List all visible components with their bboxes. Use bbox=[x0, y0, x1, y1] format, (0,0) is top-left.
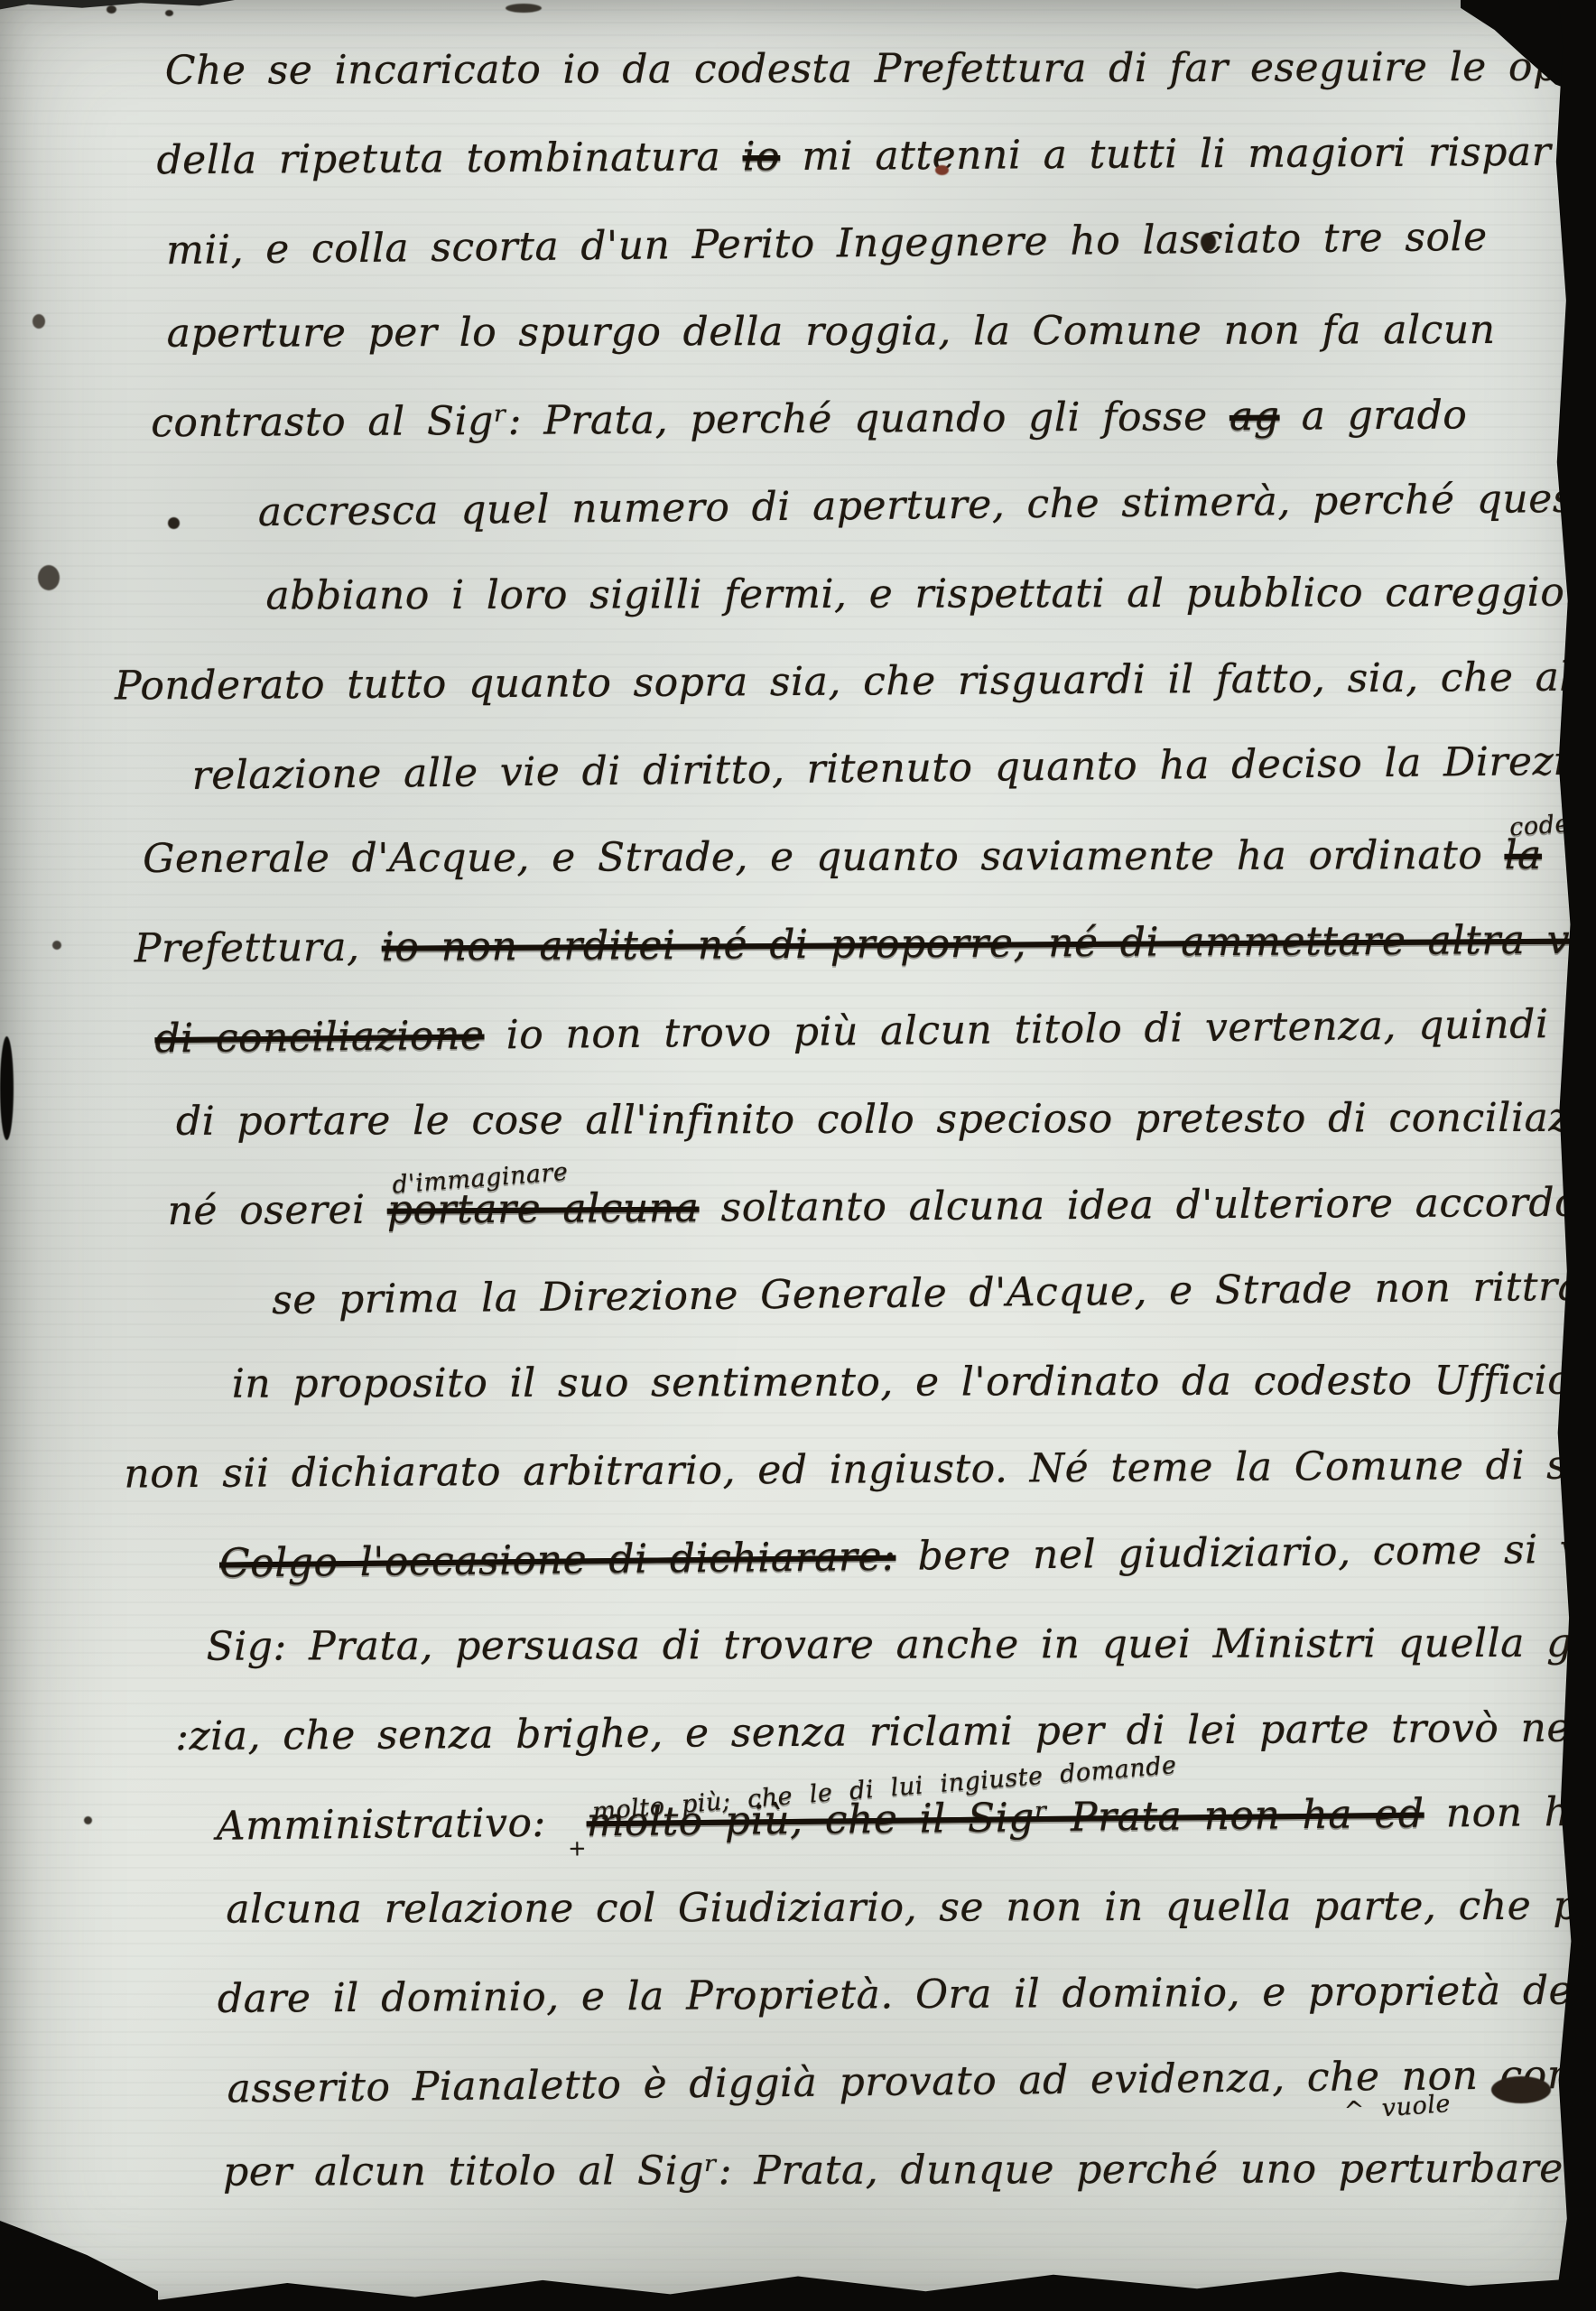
manuscript-line: asserito Pianaletto è diggià provato ad … bbox=[5, 2031, 1575, 2135]
handwritten-text: :zia, che senza brighe, e senza riclami … bbox=[175, 1704, 1596, 1759]
handwritten-text: Sig: Prata, persuasa di trovare anche in… bbox=[206, 1620, 1596, 1669]
ink-blot bbox=[506, 4, 542, 13]
manuscript-line: accresca quel numero di aperture, che st… bbox=[0, 455, 1565, 559]
manuscript-line: contrasto al Sigʳ: Prata, perché quando … bbox=[0, 371, 1565, 469]
handwritten-text: per alcun titolo al Sigʳ: Prata, dunque … bbox=[223, 2146, 1339, 2195]
manuscript-line: Generale d'Acque, e Strade, e quanto sav… bbox=[0, 812, 1567, 904]
handwritten-text: alcuna relazione col Giudiziario, se non… bbox=[226, 1882, 1596, 1933]
manuscript-text: Che se incaricato io da codesta Prefettu… bbox=[0, 21, 1575, 2220]
manuscript-line: Colgo l'occasione di dichiarare: bere ne… bbox=[3, 1506, 1573, 1610]
struck-text: ag bbox=[1229, 394, 1280, 440]
ink-blot bbox=[1491, 2076, 1551, 2103]
photo-edge-bottom bbox=[0, 2255, 1596, 2311]
handwritten-text: di portare le cose all'infinito collo sp… bbox=[176, 1094, 1596, 1144]
struck-text: portare alcunad'immaginare bbox=[387, 1165, 700, 1254]
handwritten-text: in proposito il suo sentimento, e l'ordi… bbox=[232, 1358, 1573, 1407]
manuscript-line: per alcun titolo al Sigʳ: Prata, dunque … bbox=[6, 2125, 1575, 2217]
manuscript-line: Prefettura, io non arditei né di proporr… bbox=[0, 896, 1568, 994]
manuscript-line: Che se incaricato io da codesta Prefettu… bbox=[0, 23, 1563, 116]
handwritten-text: della ripetuta tombinatura bbox=[156, 134, 742, 183]
manuscript-line: se prima la Direzione Generale d'Acque, … bbox=[1, 1243, 1571, 1347]
manuscript-page: Che se incaricato io da codesta Prefettu… bbox=[0, 0, 1596, 2311]
manuscript-line: abbiano i loro sigilli fermi, e rispetta… bbox=[0, 549, 1566, 641]
handwritten-text: Generale d'Acque, e Strade, e quanto sav… bbox=[143, 832, 1504, 882]
manuscript-line: :zia, che senza brighe, e senza riclami … bbox=[4, 1685, 1573, 1782]
ink-blot bbox=[52, 941, 61, 950]
handwritten-text: perturbare una bbox=[1339, 2145, 1596, 2192]
handwritten-text: né oserei bbox=[167, 1187, 387, 1234]
photo-edge-bottom-left bbox=[0, 2221, 158, 2311]
manuscript-line: Sig: Prata, persuasa di trovare anche in… bbox=[3, 1600, 1572, 1692]
handwritten-text: se prima la Direzione Generale d'Acque, … bbox=[272, 1263, 1596, 1323]
manuscript-photo: Che se incaricato io da codesta Prefettu… bbox=[0, 0, 1596, 2311]
ink-blot bbox=[0, 1036, 14, 1140]
manuscript-line: Ponderato tutto quanto sopra sia, che ri… bbox=[0, 634, 1566, 731]
handwritten-text: bere nel giudiziario, come si vanta il bbox=[895, 1525, 1596, 1580]
handwritten-text: non sii dichiarato arbitrario, ed ingius… bbox=[124, 1442, 1596, 1498]
manuscript-line: di conciliazione io non trovo più alcun … bbox=[0, 980, 1569, 1084]
handwritten-text: abbiano i loro sigilli fermi, e rispetta… bbox=[265, 570, 1577, 619]
manuscript-line: mii, e colla scorta d'un Perito Ingegner… bbox=[0, 192, 1564, 296]
handwritten-text: relazione alle vie di diritto, ritenuto … bbox=[191, 738, 1596, 799]
handwritten-text: aperture per lo spurgo della roggia, la … bbox=[167, 307, 1496, 357]
handwritten-text: contrasto al Sigʳ: Prata, perché quando … bbox=[151, 394, 1229, 446]
struck-text: io non arditei né di proporre, né di amm… bbox=[382, 916, 1596, 970]
manuscript-line: alcuna relazione col Giudiziario, se non… bbox=[5, 1862, 1573, 1954]
handwritten-text: Ponderato tutto quanto sopra sia, che ri… bbox=[115, 654, 1596, 709]
manuscript-line: Amministrativo: +molto più, che il Sigʳ … bbox=[4, 1768, 1573, 1872]
handwritten-text: Amministrativo: bbox=[217, 1800, 569, 1850]
manuscript-line: né oserei portare alcunad'immaginare sol… bbox=[0, 1159, 1570, 1257]
manuscript-line: relazione alle vie di diritto, ritenuto … bbox=[0, 718, 1567, 821]
photo-edge-top-left bbox=[0, 0, 235, 14]
caret-mark: + bbox=[568, 1835, 587, 1861]
handwritten-text: Che se incaricato io da codesta Prefettu… bbox=[165, 44, 1596, 94]
ink-blot bbox=[84, 1816, 92, 1824]
ink-blot bbox=[165, 10, 173, 16]
handwritten-text: Prefettura, bbox=[135, 924, 382, 972]
handwritten-text: io non trovo più alcun titolo di vertenz… bbox=[484, 1001, 1549, 1058]
handwritten-text: mi attenni a tutti li magiori rispar bbox=[780, 129, 1551, 180]
manuscript-line: in proposito il suo sentimento, e l'ordi… bbox=[2, 1337, 1571, 1429]
manuscript-line: aperture per lo spurgo della roggia, la … bbox=[0, 286, 1564, 378]
handwritten-text: accresca quel numero di aperture, che st… bbox=[258, 475, 1596, 535]
manuscript-line: di portare le cose all'infinito collo sp… bbox=[0, 1074, 1569, 1166]
handwritten-text: soltanto alcuna idea d'ulteriore accordo bbox=[699, 1180, 1579, 1231]
ink-blot bbox=[168, 517, 180, 529]
manuscript-line: della ripetuta tombinatura io mi attenni… bbox=[0, 108, 1564, 206]
manuscript-line: dare il dominio, e la Proprietà. Ora il … bbox=[5, 1947, 1575, 2045]
manuscript-line: non sii dichiarato arbitrario, ed ingius… bbox=[2, 1422, 1572, 1519]
handwritten-text: a grado bbox=[1279, 392, 1467, 439]
ink-blot bbox=[107, 5, 116, 14]
struck-text: Colgo l'occasione di dichiarare: bbox=[219, 1534, 896, 1587]
struck-text: lacodesta bbox=[1504, 812, 1542, 899]
handwritten-text: dare il dominio, e la Proprietà. Ora il … bbox=[218, 1967, 1596, 2021]
ink-blot bbox=[935, 165, 949, 175]
ink-blot bbox=[38, 565, 60, 590]
interlinear-insertion: ^ vuole bbox=[1342, 2086, 1452, 2130]
handwritten-text: mii, e colla scorta d'un Perito Ingegner… bbox=[166, 214, 1488, 274]
struck-text: molto più, che il Sigʳ Prata non ha edmo… bbox=[586, 1770, 1424, 1867]
struck-text: io bbox=[742, 134, 780, 180]
ink-blot bbox=[1201, 233, 1216, 251]
ink-blot bbox=[32, 314, 45, 329]
struck-text: di conciliazione bbox=[154, 1012, 485, 1062]
